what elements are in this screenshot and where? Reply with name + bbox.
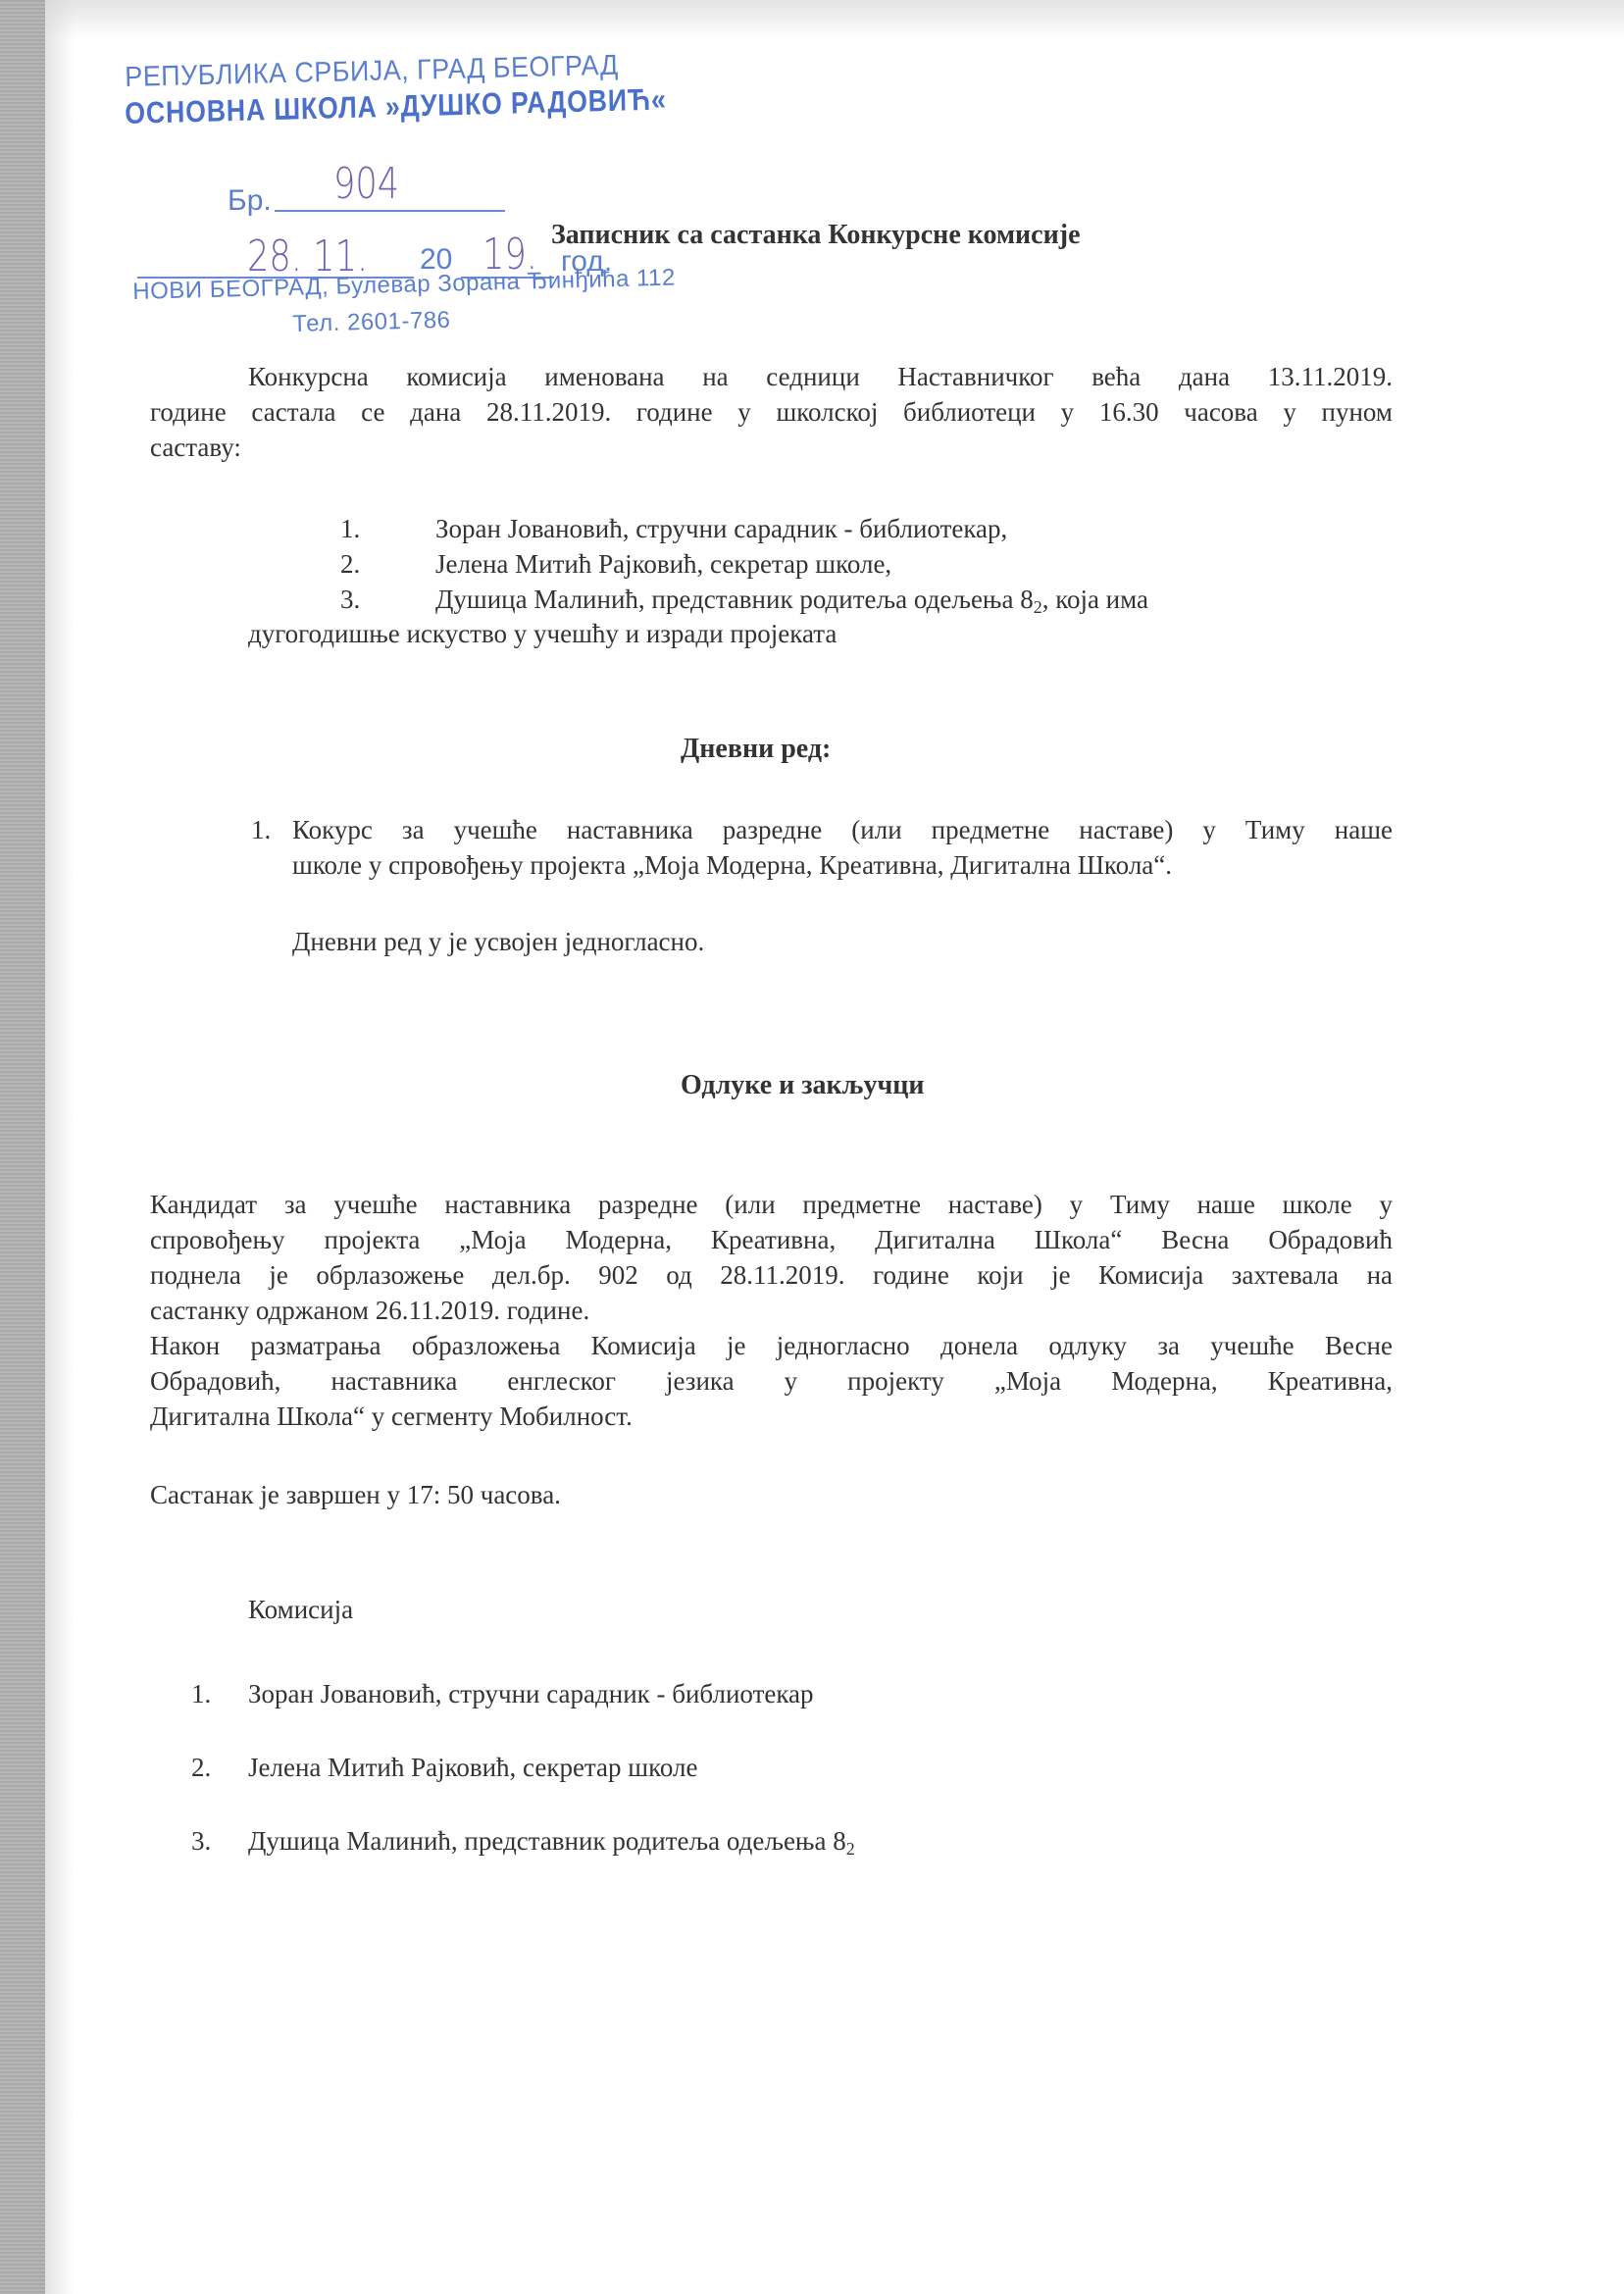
scan-shadow [45, 0, 1624, 39]
page-title: Записник са састанка Конкурсне комисије [551, 220, 1081, 251]
stamp-number-label: Бр. [228, 184, 272, 218]
agenda-adopted-note: Дневни ред у је усвојен једногласно. [292, 926, 704, 957]
member-text-tail: , која има [1042, 585, 1148, 614]
signature-number: 1. [191, 1678, 211, 1709]
intro-line-3: саставу: [150, 432, 241, 463]
decision-line-2: спровођењу пројекта „Моја Модерна, Креат… [150, 1224, 1393, 1255]
member-number: 2. [340, 548, 360, 580]
stamp-number-underline [275, 210, 505, 212]
agenda-item-line-1: Кокурс за учешће наставника разредне (ил… [292, 814, 1393, 845]
decisions-heading: Одлуке и закључци [681, 1070, 925, 1101]
intro-line-1: Конкурсна комисија именована на седници … [248, 361, 1393, 392]
member-item: Зоран Јовановић, стручни сарадник - библ… [435, 513, 1007, 544]
decision-line-6: Обрадовић, наставника енглеског језика у… [150, 1365, 1393, 1397]
stamp-address: НОВИ БЕОГРАД, Булевар Зорана Ђинђића 112 [132, 265, 676, 306]
member-text: Душица Малинић, представник родитеља оде… [435, 585, 1034, 614]
decision-line-7: Дигитална Школа“ у сегменту Мобилност. [150, 1401, 633, 1432]
closing-note: Састанак је завршен у 17: 50 часова. [150, 1479, 561, 1510]
signature-item: Зоран Јовановић, стручни сарадник - библ… [248, 1678, 814, 1709]
member-continuation: дугогодишње искуство у учешћу и изради п… [248, 618, 837, 649]
stamp-phone: Тел. 2601-786 [292, 307, 451, 338]
member-item: Јелена Митић Рајковић, секретар школе, [435, 548, 891, 580]
member-number: 1. [340, 513, 360, 544]
agenda-heading: Дневни ред: [681, 734, 831, 765]
signature-item: Јелена Митић Рајковић, секретар школе [248, 1752, 697, 1783]
member-number: 3. [340, 584, 360, 615]
member-item: Душица Малинић, представник родитеља оде… [435, 584, 1148, 615]
class-subscript: 2 [846, 1839, 855, 1859]
decision-line-4: састанку одржаном 26.11.2019. године. [150, 1295, 589, 1326]
agenda-item-line-2: школе у спровођењу пројекта „Моја Модерн… [292, 849, 1172, 881]
signature-number: 2. [191, 1752, 211, 1783]
handwritten-number: 904 [333, 159, 399, 209]
signature-number: 3. [191, 1825, 211, 1857]
decision-line-3: поднела је обрлазожење дел.бр. 902 од 28… [150, 1259, 1393, 1291]
scan-edge [0, 0, 45, 2294]
class-subscript: 2 [1034, 597, 1042, 617]
agenda-item-number: 1. [251, 814, 271, 845]
signature-item: Душица Малинић, представник родитеља оде… [248, 1825, 855, 1857]
signature-text: Душица Малинић, представник родитеља оде… [248, 1826, 846, 1856]
decision-line-1: Кандидат за учешће наставника разредне (… [150, 1189, 1393, 1220]
decision-line-5: Након разматрања образложења Комисија је… [150, 1330, 1393, 1361]
signatures-heading: Комисија [248, 1594, 353, 1625]
intro-line-2: године састала се дана 28.11.2019. годин… [150, 396, 1393, 428]
